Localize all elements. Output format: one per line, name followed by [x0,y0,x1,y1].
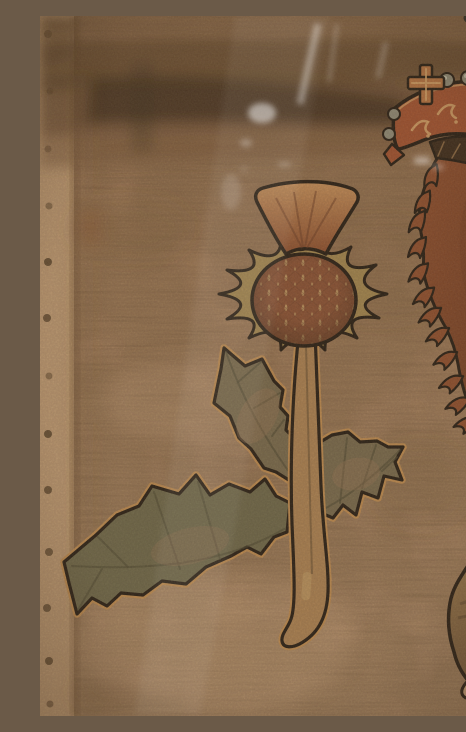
tapestry-photo [40,16,466,716]
reflection-dash [432,164,444,170]
reflection-dash [414,157,430,164]
